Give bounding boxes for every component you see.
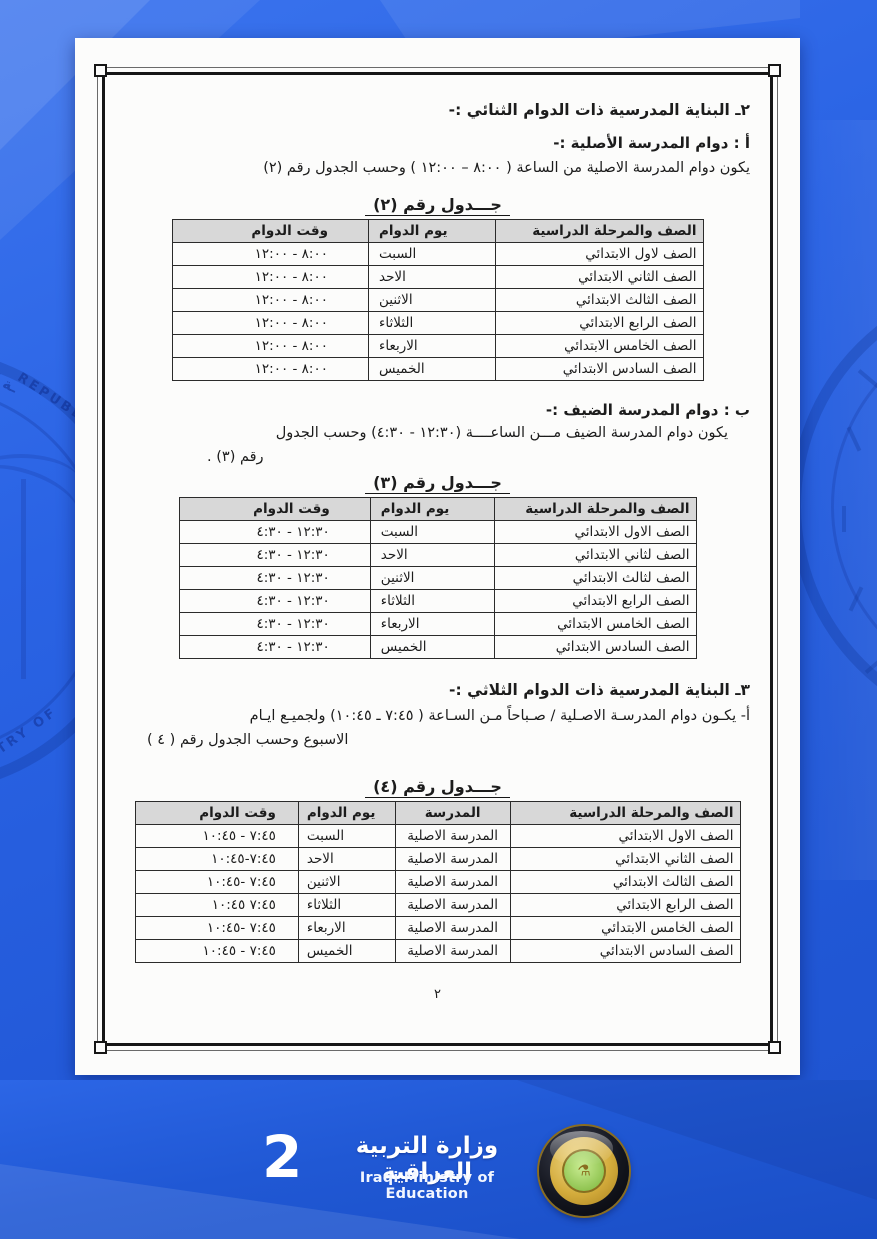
- table-cell: الصف لثاني الابتدائي: [494, 543, 696, 566]
- table-cell: الخميس: [298, 940, 395, 963]
- schedule-table-3: الصف والمرحلة الدراسيةيوم الدواموقت الدو…: [179, 497, 697, 659]
- table-cell: الاربعاء: [298, 917, 395, 940]
- table-row: الصف لاول الابتدائيالسبت٨:٠٠ - ١٢:٠٠: [172, 243, 703, 266]
- table-2-title: جـــدول رقم (٢): [365, 195, 510, 216]
- table-cell: ٨:٠٠ - ١٢:٠٠: [172, 358, 368, 381]
- table-header-row: الصف والمرحلة الدراسيةيوم الدواموقت الدو…: [172, 220, 703, 243]
- table-cell: الصف السادس الابتدائي: [494, 635, 696, 658]
- table-cell: الثلاثاء: [370, 589, 494, 612]
- section-3-body-line2: الاسبوع وحسب الجدول رقم ( ٤ ): [125, 728, 750, 753]
- palm-tree-trunk: [21, 479, 26, 679]
- table-cell: الاثنين: [298, 871, 395, 894]
- cuneiform-mark: [858, 369, 877, 389]
- page-border-frame-inner: ٢ـ البناية المدرسية ذات الدوام الثنائي :…: [102, 72, 773, 1046]
- table-cell: ٨:٠٠ - ١٢:٠٠: [172, 243, 368, 266]
- table-cell: الاحد: [370, 543, 494, 566]
- table-cell: المدرسة الاصلية: [395, 917, 510, 940]
- table-cell: ١٢:٣٠ - ٤:٣٠: [179, 589, 370, 612]
- document-content: ٢ـ البناية المدرسية ذات الدوام الثنائي :…: [105, 75, 770, 1043]
- table-cell: الصف الثاني الابتدائي: [510, 848, 740, 871]
- table-cell: ٨:٠٠ - ١٢:٠٠: [172, 266, 368, 289]
- table-cell: السبت: [368, 243, 495, 266]
- table-cell: ٧:٤٥ -١٠:٤٥: [135, 871, 298, 894]
- section-2a-body: يكون دوام المدرسة الاصلية من الساعة ( ٨:…: [125, 157, 750, 179]
- table-cell: ٧:٤٥ ١٠:٤٥: [135, 894, 298, 917]
- section-2b-body-line1: يكون دوام المدرسة الضيف مـــن الساعــــة…: [225, 422, 728, 445]
- table-row: الصف السادس الابتدائيالخميس١٢:٣٠ - ٤:٣٠: [179, 635, 696, 658]
- table-cell: ١٢:٣٠ - ٤:٣٠: [179, 520, 370, 543]
- table-cell: الثلاثاء: [368, 312, 495, 335]
- column-header: وقت الدوام: [135, 802, 298, 825]
- table-cell: الصف الثالث الابتدائي: [510, 871, 740, 894]
- table-row: الصف الرابع الابتدائيالثلاثاء١٢:٣٠ - ٤:٣…: [179, 589, 696, 612]
- ministry-name-english: Iraqi Ministry of Education: [318, 1170, 536, 1202]
- document-page: ٢ـ البناية المدرسية ذات الدوام الثنائي :…: [75, 38, 800, 1075]
- section-2a-heading: أ : دوام المدرسة الأصلية :-: [125, 134, 750, 152]
- table-cell: الصف الخامس الابتدائي: [494, 612, 696, 635]
- table-cell: الصف الخامس الابتدائي: [510, 917, 740, 940]
- section-3-heading: ٣ـ البناية المدرسية ذات الدوام الثلاثي :…: [125, 681, 750, 699]
- table-cell: الصف الاول الابتدائي: [510, 825, 740, 848]
- cuneiform-mark: [847, 426, 862, 451]
- column-header: يوم الدوام: [370, 497, 494, 520]
- table-cell: الصف الثاني الابتدائي: [496, 266, 703, 289]
- table-cell: الصف الاول الابتدائي: [494, 520, 696, 543]
- column-header: وقت الدوام: [179, 497, 370, 520]
- footer-page-number: 2: [262, 1128, 302, 1186]
- ministry-emblem: ⚗: [539, 1126, 629, 1216]
- table-cell: الخميس: [368, 358, 495, 381]
- table-row: الصف الرابع الابتدائيالمدرسة الاصليةالثل…: [135, 894, 740, 917]
- table-cell: الاربعاء: [368, 335, 495, 358]
- table-row: الصف الخامس الابتدائيالاربعاء٨:٠٠ - ١٢:٠…: [172, 335, 703, 358]
- table-cell: الصف الرابع الابتدائي: [494, 589, 696, 612]
- watermark-text-ministry: STRY OF: [0, 705, 60, 765]
- table-cell: الاربعاء: [370, 612, 494, 635]
- table-cell: المدرسة الاصلية: [395, 871, 510, 894]
- schedule-table-2: الصف والمرحلة الدراسيةيوم الدواموقت الدو…: [172, 219, 704, 381]
- page-number: ٢: [125, 987, 750, 1002]
- table-cell: الصف لاول الابتدائي: [496, 243, 703, 266]
- section-2b-heading: ب : دوام المدرسة الضيف :-: [125, 401, 750, 419]
- table-header-row: الصف والمرحلة الدراسيةيوم الدواموقت الدو…: [179, 497, 696, 520]
- table-cell: ١٢:٣٠ - ٤:٣٠: [179, 612, 370, 635]
- section-2-heading: ٢ـ البناية المدرسية ذات الدوام الثنائي :…: [125, 101, 750, 119]
- cuneiform-mark: [849, 586, 864, 611]
- table-cell: المدرسة الاصلية: [395, 940, 510, 963]
- table-row: الصف لثالث الابتدائيالاثنين١٢:٣٠ - ٤:٣٠: [179, 566, 696, 589]
- table-cell: ٧:٤٥ - ١٠:٤٥: [135, 940, 298, 963]
- table-4-title: جـــدول رقم (٤): [365, 777, 510, 798]
- watermark-arabic-text: ـة الـعـر: [0, 356, 20, 397]
- table-row: الصف الاول الابتدائيالمدرسة الاصليةالسبت…: [135, 825, 740, 848]
- table-cell: الصف الخامس الابتدائي: [496, 335, 703, 358]
- table-cell: الاثنين: [368, 289, 495, 312]
- table-cell: الاحد: [368, 266, 495, 289]
- table-cell: ٨:٠٠ - ١٢:٠٠: [172, 335, 368, 358]
- section-2b-body-line2: رقم (٣) .: [207, 446, 728, 469]
- column-header: يوم الدوام: [298, 802, 395, 825]
- column-header: الصف والمرحلة الدراسية: [510, 802, 740, 825]
- table-cell: السبت: [298, 825, 395, 848]
- column-header: الصف والمرحلة الدراسية: [496, 220, 703, 243]
- table-row: الصف الخامس الابتدائيالمدرسة الاصليةالار…: [135, 917, 740, 940]
- table-cell: الثلاثاء: [298, 894, 395, 917]
- column-header: يوم الدوام: [368, 220, 495, 243]
- palm-frond: [0, 454, 81, 514]
- table-cell: ٧:٤٥-١٠:٤٥: [135, 848, 298, 871]
- table-cell: السبت: [370, 520, 494, 543]
- watermark-inner-ring: [831, 317, 877, 695]
- cuneiform-mark: [865, 654, 877, 674]
- table-row: الصف الخامس الابتدائيالاربعاء١٢:٣٠ - ٤:٣…: [179, 612, 696, 635]
- table-row: الصف الثاني الابتدائيالمدرسة الاصليةالاح…: [135, 848, 740, 871]
- table-cell: ٧:٤٥ -١٠:٤٥: [135, 917, 298, 940]
- table-cell: ٨:٠٠ - ١٢:٠٠: [172, 289, 368, 312]
- table-header-row: الصف والمرحلة الدراسيةالمدرسةيوم الدوامو…: [135, 802, 740, 825]
- table-cell: المدرسة الاصلية: [395, 825, 510, 848]
- table-cell: ١٢:٣٠ - ٤:٣٠: [179, 635, 370, 658]
- table-row: الصف السادس الابتدائيالمدرسة الاصليةالخم…: [135, 940, 740, 963]
- background-highlight-right: [787, 120, 877, 880]
- table-row: الصف الرابع الابتدائيالثلاثاء٨:٠٠ - ١٢:٠…: [172, 312, 703, 335]
- table-3-title: جـــدول رقم (٣): [365, 473, 510, 494]
- page-border-frame: ٢ـ البناية المدرسية ذات الدوام الثنائي :…: [97, 67, 778, 1051]
- section-2b-body: يكون دوام المدرسة الضيف مـــن الساعــــة…: [225, 422, 728, 468]
- table-cell: الصف السادس الابتدائي: [496, 358, 703, 381]
- table-cell: ٨:٠٠ - ١٢:٠٠: [172, 312, 368, 335]
- column-header: وقت الدوام: [172, 220, 368, 243]
- table-row: الصف السادس الابتدائيالخميس٨:٠٠ - ١٢:٠٠: [172, 358, 703, 381]
- table-cell: ١٢:٣٠ - ٤:٣٠: [179, 566, 370, 589]
- table-cell: المدرسة الاصلية: [395, 848, 510, 871]
- cuneiform-mark: [842, 506, 846, 532]
- table-cell: ٧:٤٥ - ١٠:٤٥: [135, 825, 298, 848]
- schedule-table-4: الصف والمرحلة الدراسيةالمدرسةيوم الدوامو…: [135, 801, 741, 963]
- table-cell: الصف لثالث الابتدائي: [494, 566, 696, 589]
- table-cell: ١٢:٣٠ - ٤:٣٠: [179, 543, 370, 566]
- table-row: الصف الاول الابتدائيالسبت١٢:٣٠ - ٤:٣٠: [179, 520, 696, 543]
- section-3-body-line1: أ- يكـون دوام المدرسـة الاصـلية / صـباحا…: [125, 704, 750, 729]
- table-cell: الاثنين: [370, 566, 494, 589]
- table-cell: الصف الرابع الابتدائي: [496, 312, 703, 335]
- table-row: الصف لثاني الابتدائيالاحد١٢:٣٠ - ٤:٣٠: [179, 543, 696, 566]
- table-row: الصف الثاني الابتدائيالاحد٨:٠٠ - ١٢:٠٠: [172, 266, 703, 289]
- table-cell: الاحد: [298, 848, 395, 871]
- emblem-gloss-highlight: [550, 1131, 613, 1165]
- table-cell: الصف الرابع الابتدائي: [510, 894, 740, 917]
- section-3-body: أ- يكـون دوام المدرسـة الاصـلية / صـباحا…: [125, 704, 750, 753]
- column-header: الصف والمرحلة الدراسية: [494, 497, 696, 520]
- watermark-right-seal: [790, 276, 877, 736]
- table-cell: الخميس: [370, 635, 494, 658]
- table-row: الصف الثالث الابتدائيالمدرسة الاصليةالاث…: [135, 871, 740, 894]
- scanned-document-screen: { "document": { "section2_title": "٢ـ ال…: [0, 0, 877, 1239]
- column-header: المدرسة: [395, 802, 510, 825]
- table-row: الصف الثالث الابتدائيالاثنين٨:٠٠ - ١٢:٠٠: [172, 289, 703, 312]
- table-cell: الصف الثالث الابتدائي: [496, 289, 703, 312]
- table-cell: الصف السادس الابتدائي: [510, 940, 740, 963]
- table-cell: المدرسة الاصلية: [395, 894, 510, 917]
